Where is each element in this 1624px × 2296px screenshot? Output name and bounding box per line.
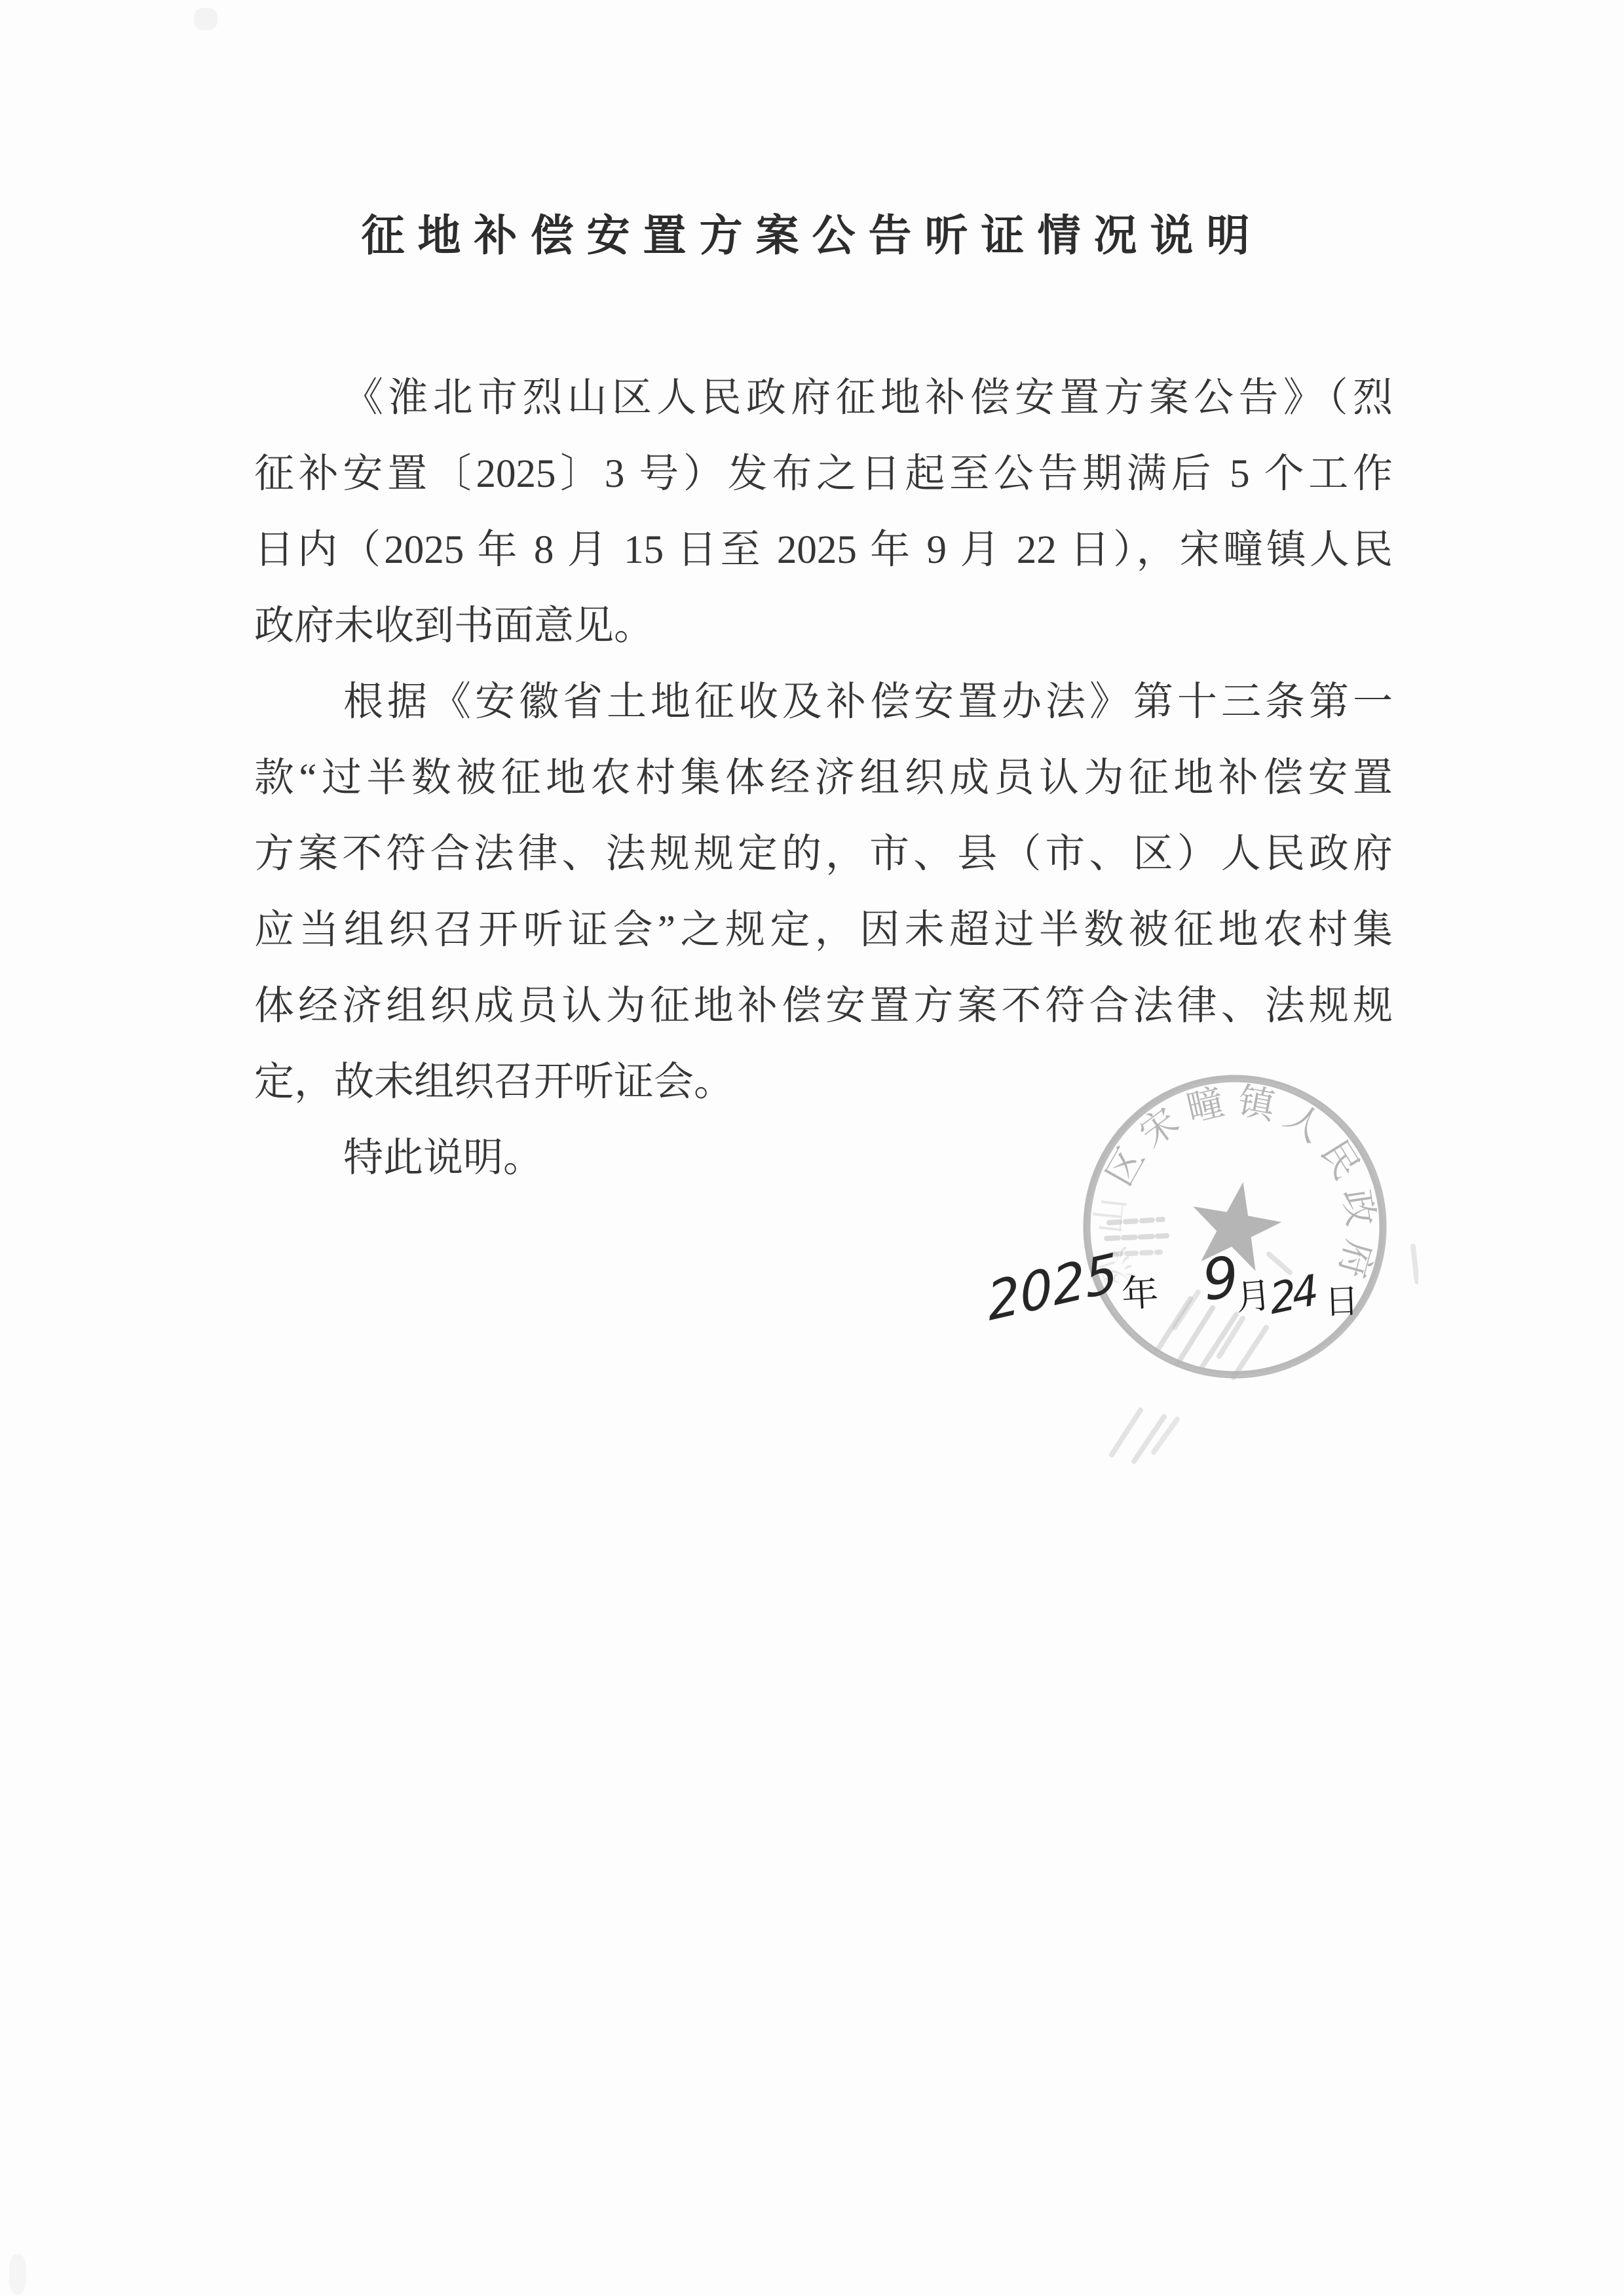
handwritten-month-unit: 月 (1234, 1267, 1274, 1320)
body-line: 应当组织召开听证会”之规定，因未超过半数被征地农村集 (254, 892, 1393, 968)
scan-artifact (9, 2254, 26, 2295)
handwritten-day: 24 (1268, 1267, 1317, 1324)
body-line: 政府未收到书面意见。 (254, 588, 1393, 664)
body-line: 征补安置〔2025〕3 号）发布之日起至公告期满后 5 个工作 (254, 436, 1393, 512)
scanned-document-page: 征地补偿安置方案公告听证情况说明 《淮北市烈山区人民政府征地补偿安置方案公告》（… (0, 0, 1624, 2296)
body-line: 日内（2025 年 8 月 15 日至 2025 年 9 月 22 日），宋疃镇… (254, 512, 1393, 588)
scan-artifact (194, 8, 217, 30)
body-line: 方案不符合法律、法规规定的，市、县（市、区）人民政府 (254, 816, 1393, 892)
body-line: 《淮北市烈山区人民政府征地补偿安置方案公告》（烈 (254, 360, 1393, 436)
handwritten-year-unit: 年 (1120, 1264, 1160, 1318)
handwritten-day-unit: 日 (1324, 1273, 1360, 1324)
body-line: 款“过半数被征地农村集体经济组织成员认为征地补偿安置 (254, 740, 1393, 816)
document-title: 征地补偿安置方案公告听证情况说明 (0, 201, 1624, 263)
body-line: 体经济组织成员认为征地补偿安置方案不符合法律、法规规 (254, 968, 1393, 1044)
body-line: 根据《安徽省土地征收及补偿安置办法》第十三条第一 (254, 664, 1393, 740)
